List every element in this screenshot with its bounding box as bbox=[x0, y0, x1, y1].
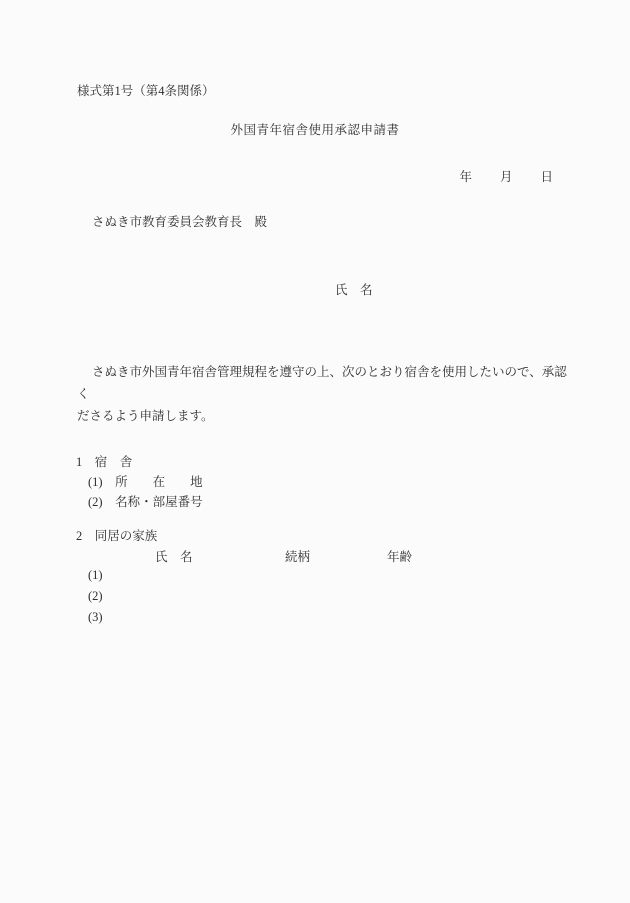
family-row-3: (3) bbox=[88, 610, 103, 625]
family-col-relation: 続柄 bbox=[285, 547, 310, 565]
day-label: 日 bbox=[541, 167, 554, 185]
addressee: さぬき市教育委員会教育長 殿 bbox=[92, 212, 267, 230]
month-label: 月 bbox=[500, 167, 513, 185]
family-row-1: (1) bbox=[88, 568, 103, 583]
body-paragraph: さぬき市外国青年宿舎管理規程を遵守の上、次のとおり宿舎を使用したいので、承認く … bbox=[77, 361, 569, 427]
section1-heading: 1 宿 舎 bbox=[76, 452, 132, 470]
name-label: 氏 名 bbox=[335, 280, 373, 298]
body-line-1: さぬき市外国青年宿舎管理規程を遵守の上、次のとおり宿舎を使用したいので、承認く bbox=[77, 361, 569, 405]
date-line: 年月日 bbox=[447, 152, 553, 200]
family-row-2: (2) bbox=[88, 589, 103, 604]
section1-item-name-room: (2) 名称・部屋番号 bbox=[88, 492, 203, 510]
year-label: 年 bbox=[460, 167, 473, 185]
family-col-age: 年齢 bbox=[387, 547, 412, 565]
section1-item-location: (1) 所 在 地 bbox=[88, 472, 203, 490]
body-line-2: ださるよう申請します。 bbox=[77, 405, 569, 427]
document-title: 外国青年宿舎使用承認申請書 bbox=[0, 120, 630, 138]
application-form-page: 様式第1号（第4条関係） 外国青年宿舎使用承認申請書 年月日 さぬき市教育委員会… bbox=[0, 0, 630, 903]
form-number: 様式第1号（第4条関係） bbox=[77, 81, 215, 99]
family-col-name: 氏 名 bbox=[155, 547, 193, 565]
section2-heading: 2 同居の家族 bbox=[76, 526, 157, 544]
